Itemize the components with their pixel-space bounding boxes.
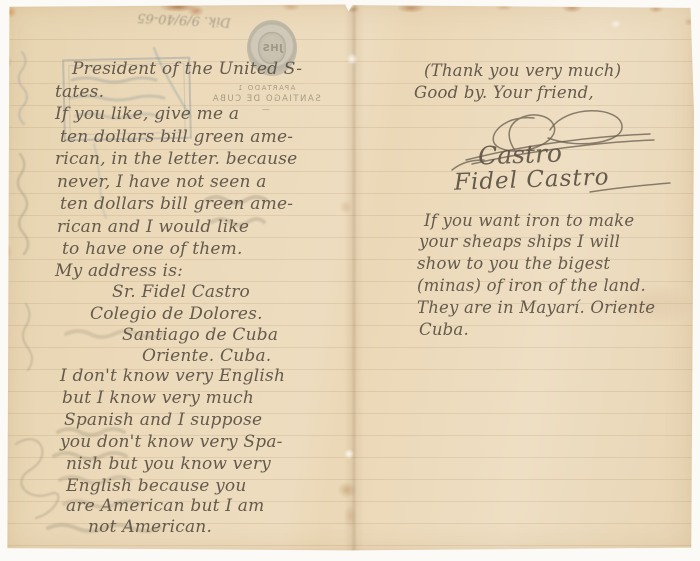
letter-line: never, I have not seen a [57, 173, 267, 192]
letter-line: nish but you know very [66, 455, 271, 474]
letter-line: rican and I would like [57, 218, 249, 237]
letter-line: If you like, give me a [55, 105, 239, 124]
postscript-line: If you want iron to make [424, 212, 634, 230]
letter-line: Spanish and I suppose [64, 411, 262, 430]
letter-photograph: JHS APARTADO 1 SANTIAGO DE CUBA — Dik. 9… [0, 0, 700, 561]
letter-line: President of the United S- [72, 60, 302, 79]
letterhead-apartado: APARTADO 1 [204, 84, 328, 92]
postscript-line: They are in Mayarí. Oriente [417, 299, 655, 317]
postscript-line: (minas) of iron of the land. [417, 277, 646, 295]
letter-line: ten dollars bill green ame- [60, 128, 293, 147]
letterhead-city: SANTIAGO DE CUBA [204, 94, 328, 104]
letter-line: are American but I am [66, 497, 264, 516]
letter-line: Sr. Fidel Castro [112, 283, 250, 302]
seal-monogram: JHS [262, 43, 283, 54]
letter-line: Santiago de Cuba [122, 326, 278, 345]
letter-line: not American. [88, 518, 212, 537]
letter-line: My address is: [55, 262, 183, 281]
signature-block: Castro Fidel Castro [438, 100, 683, 205]
postscript-line: your sheaps ships I will [419, 233, 620, 251]
letter-line: you don't know very Spa- [60, 433, 283, 452]
letter-line: to have one of them. [62, 240, 243, 259]
signature-full-name: Fidel Castro [454, 164, 610, 195]
postscript-line: show to you the bigest [417, 255, 610, 273]
letter-line: rican, in the letter. because [55, 150, 297, 169]
letter-line: English because you [66, 477, 247, 496]
closing-line: (Thank you very much) [424, 62, 621, 80]
letter-line: but I know very much [62, 389, 254, 408]
letter-line: Oriente. Cuba. [142, 347, 271, 366]
letter-line: tates. [55, 83, 104, 102]
postscript-line: Cuba. [419, 321, 469, 339]
letter-line: I don't know very English [60, 367, 285, 386]
letter-line: Colegio de Dolores. [90, 305, 263, 324]
letter-line: ten dollars bill green ame- [60, 195, 293, 214]
